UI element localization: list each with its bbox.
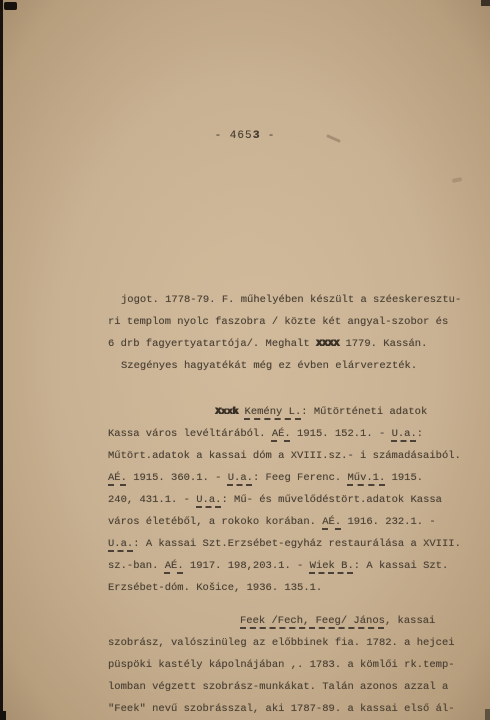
- text-segment: Kassa város levéltárából.: [108, 428, 272, 440]
- text-line: U.a.: A kassai Szt.Erzsébet-egyház resta…: [108, 533, 482, 555]
- text-line: szobrász, valószinüleg az előbbinek fia.…: [108, 632, 482, 654]
- text-line: jogot. 1778-79. F. műhelyében készült a …: [108, 289, 482, 311]
- text-segment: szobrász, valószinüleg az előbbinek fia.…: [108, 637, 455, 649]
- text-line: ri templom nyolc faszobra / közte két an…: [108, 311, 482, 333]
- text-segment: 1916. 232.1. -: [341, 516, 436, 528]
- text-segment: : Mű- és művelődéstört.adatok Kassa: [221, 494, 442, 506]
- paragraph-2-bibliography: Xxxk Kemény L.: Műtörténeti adatok Kassa…: [108, 401, 482, 599]
- text-segment: :: [417, 428, 423, 440]
- paragraph-3-entry: Feek /Fech, Feeg/ János, kassai szobrász…: [108, 610, 482, 720]
- text-segment: sz.-ban.: [108, 560, 165, 572]
- text-segment: 1917. 198,203.1. -: [184, 560, 310, 572]
- page-number-text: - 465: [215, 130, 253, 142]
- underlined-artist-name: Feek /Fech, Feeg/ János: [240, 615, 385, 627]
- underlined-abbreviation: U.a.: [196, 494, 221, 506]
- text-line: Erzsébet-dóm. Košice, 1936. 135.1.: [108, 577, 482, 599]
- underlined-abbreviation: AÉ.: [322, 516, 341, 528]
- document-body: jogot. 1778-79. F. műhelyében készült a …: [108, 289, 482, 720]
- text-segment: : A kassai Szt.Erzsébet-egyház restaurál…: [133, 538, 461, 550]
- text-segment: 6 drb fagyertyatartója/. Meghalt: [108, 338, 316, 350]
- text-segment: , kassai: [385, 615, 435, 627]
- entry-heading-line: Feek /Fech, Feeg/ János, kassai: [108, 610, 482, 632]
- struck-out-text: Xxxk: [215, 406, 238, 418]
- text-segment: Műtört.adatok a kassai dóm a XVIII.sz.- …: [108, 450, 461, 462]
- text-line: sz.-ban. AÉ. 1917. 198,203.1. - Wiek B.:…: [108, 555, 482, 577]
- scan-artifact-top-right: [481, 0, 490, 6]
- text-segment: lomban végzett szobrász-munkákat. Talán …: [108, 681, 448, 693]
- scan-artifact-bottom-left: [0, 711, 6, 720]
- text-segment: 1779. Kassán.: [339, 338, 427, 350]
- text-segment: "Feek" nevű szobrásszal, aki 1787-89. a …: [108, 703, 455, 715]
- text-line: lomban végzett szobrász-munkákat. Talán …: [108, 676, 482, 698]
- ink-smudge: [452, 177, 463, 183]
- text-segment: : Műtörténeti adatok: [301, 406, 427, 418]
- struck-out-text: XXXX: [316, 338, 339, 350]
- text-segment: 240, 431.1. -: [108, 494, 196, 506]
- text-segment: 1915.: [385, 472, 423, 484]
- underlined-abbreviation: Műv.1.: [347, 472, 385, 484]
- scanned-document-page: - 4653 - jogot. 1778-79. F. műhelyében k…: [0, 0, 490, 720]
- entry-heading-line: Xxxk Kemény L.: Műtörténeti adatok: [108, 401, 482, 423]
- text-line: 240, 431.1. - U.a.: Mű- és művelődéstört…: [108, 489, 482, 511]
- underlined-abbreviation: U.a.: [108, 538, 133, 550]
- underlined-abbreviation: AÉ.: [165, 560, 184, 572]
- underlined-abbreviation: U.a.: [392, 428, 417, 440]
- underlined-author-name: Wiek B.: [310, 560, 354, 572]
- underlined-abbreviation: AÉ.: [108, 472, 127, 484]
- underlined-abbreviation: U.a.: [228, 472, 253, 484]
- text-segment: 1915. 152.1. -: [291, 428, 392, 440]
- text-segment: : A kassai Szt.: [354, 560, 449, 572]
- text-line: Kassa város levéltárából. AÉ. 1915. 152.…: [108, 423, 482, 445]
- scan-edge-artifact-left: [0, 0, 3, 720]
- text-segment: : Feeg Ferenc.: [253, 472, 348, 484]
- text-line: Szegényes hagyatékát még ez évben elárve…: [108, 355, 482, 377]
- text-segment: város életéből, a rokoko korában.: [108, 516, 322, 528]
- scan-artifact-bottom-right: [485, 709, 490, 720]
- page-number-text: -: [260, 130, 275, 142]
- text-line: "Feek" nevű szobrásszal, aki 1787-89. a …: [108, 698, 482, 720]
- text-segment: 1915. 360.1. -: [127, 472, 228, 484]
- paragraph-1: jogot. 1778-79. F. műhelyében készült a …: [108, 289, 482, 377]
- text-segment: Erzsébet-dóm. Košice, 1936. 135.1.: [108, 582, 322, 594]
- text-line: város életéből, a rokoko korában. AÉ. 19…: [108, 511, 482, 533]
- text-line: 6 drb fagyertyatartója/. Meghalt XXXX 17…: [108, 333, 482, 355]
- text-segment: püspöki kastély kápolnájában ,. 1783. a …: [108, 659, 455, 671]
- scan-artifact-top-left: [4, 2, 17, 10]
- text-line: AÉ. 1915. 360.1. - U.a.: Feeg Ferenc. Mű…: [108, 467, 482, 489]
- text-segment: ri templom nyolc faszobra / közte két an…: [108, 316, 448, 328]
- page-number: - 4653 -: [0, 130, 490, 142]
- underlined-abbreviation: AÉ.: [272, 428, 291, 440]
- text-line: püspöki kastély kápolnájában ,. 1783. a …: [108, 654, 482, 676]
- text-line: Műtört.adatok a kassai dóm a XVIII.sz.- …: [108, 445, 482, 467]
- text-segment: jogot. 1778-79. F. műhelyében készült a …: [121, 294, 461, 306]
- text-segment: Szegényes hagyatékát még ez évben elárve…: [121, 360, 417, 372]
- underlined-author-name: Kemény L.: [245, 406, 302, 418]
